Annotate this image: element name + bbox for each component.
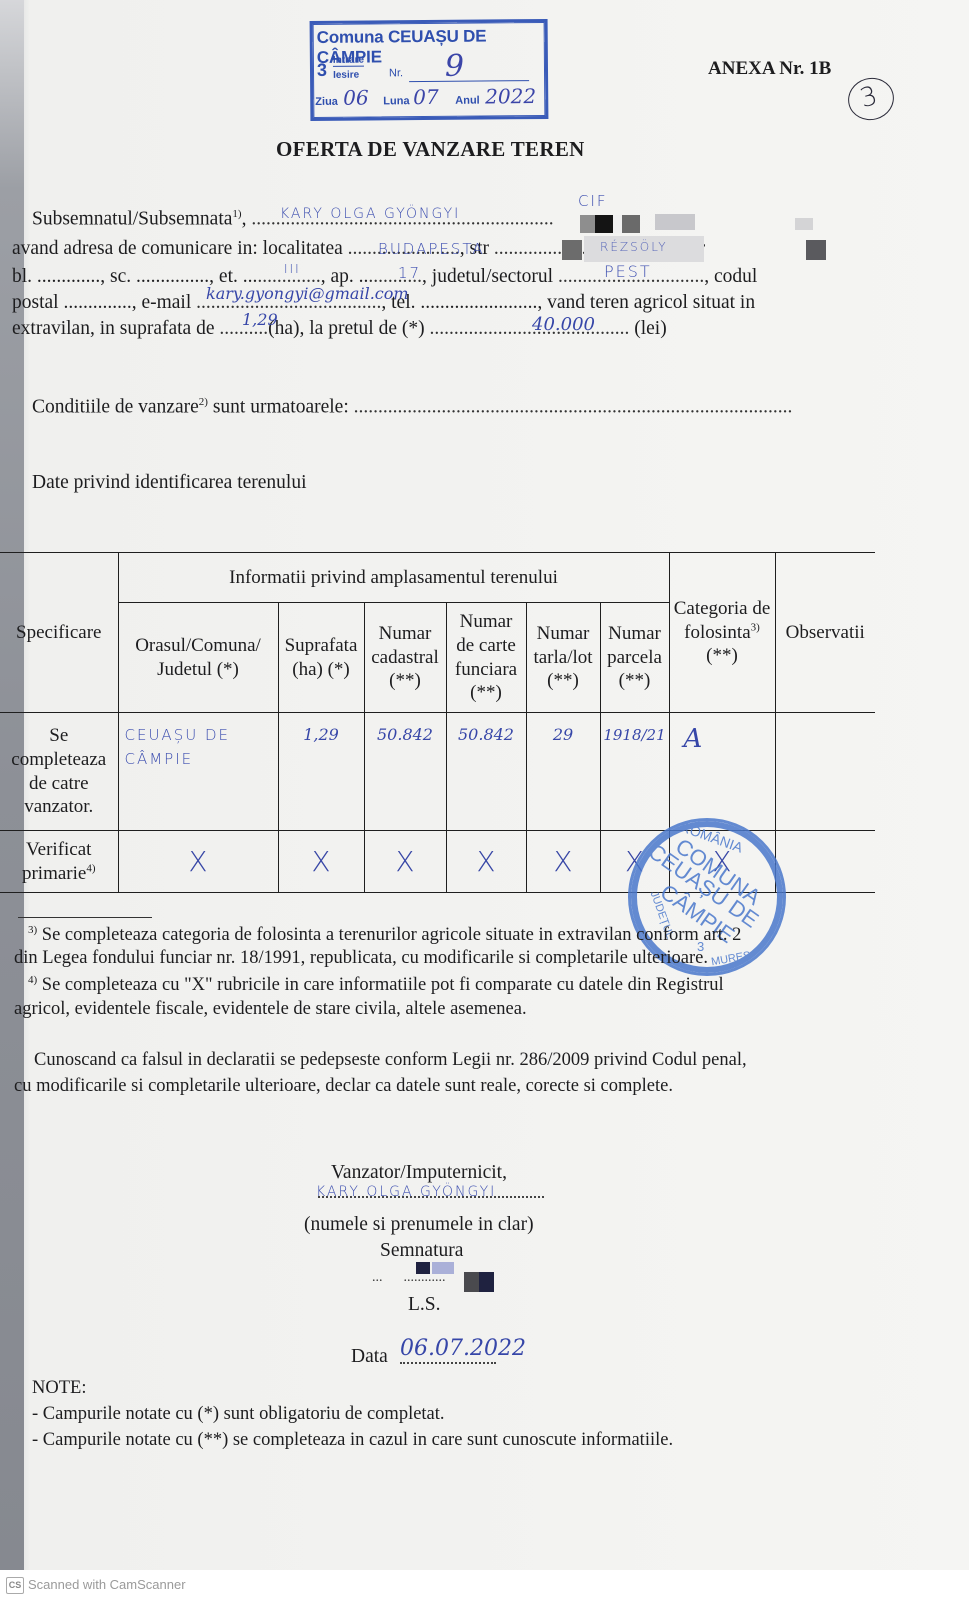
stamp-year-label: Anul [455, 95, 480, 107]
floor-field: III [284, 262, 301, 276]
cell-locality: CEUAȘU DE CÂMPIE [125, 726, 231, 768]
col-group-location-info: Informatii privind amplasamentul terenul… [118, 553, 669, 603]
signatory-name: KARY OLGA GYÖNGYI [316, 1184, 496, 1200]
date-dotted-line [400, 1362, 496, 1364]
name-caption: (numele si prenumele in clar) [304, 1214, 534, 1236]
col-header-cadastral-number: Numar cadastral (**) [364, 603, 446, 713]
cell-parcel-number: 1918/21 [603, 726, 665, 744]
sale-conditions-line: Conditiile de vanzare2) sunt urmatoarele… [32, 396, 792, 419]
redacted-house-number [806, 240, 826, 260]
camscanner-logo-icon: CS [6, 1577, 24, 1594]
seal-county-bottom: MUREȘ [710, 950, 751, 969]
stamp-nr-label: Nr. [389, 67, 403, 79]
identification-heading: Date privind identificarea terenului [32, 472, 307, 494]
footnote-3-line-2: din Legea fondului funciar nr. 18/1991, … [14, 948, 708, 969]
document-title: OFERTA DE VANZARE TEREN [276, 137, 585, 162]
stamp-register-prefix: 3 [317, 60, 327, 81]
scanner-watermark-bar: CS Scanned with CamScanner [0, 1570, 969, 1600]
cell-land-book-number: 50.842 [458, 725, 514, 744]
seal-label: L.S. [408, 1294, 441, 1316]
cell-observations [775, 713, 875, 831]
note-item-1: - Campurile notate cu (*) sunt obligator… [32, 1404, 445, 1425]
redacted-cif-3 [795, 218, 813, 230]
cell-plot-lot: 29 [553, 725, 573, 744]
area-field: 1,29 [242, 310, 278, 329]
redacted-signature-3 [464, 1272, 494, 1292]
cell-category: A [684, 724, 703, 754]
stamp-day-value: 06 [343, 86, 369, 110]
scanned-page: Comuna CEUAȘU DE CÂMPIE 3 Intrare Iesire… [0, 0, 969, 1570]
x-mark-cadastral: X [395, 845, 414, 878]
notes-heading: NOTE: [32, 1378, 86, 1399]
col-header-plot-lot-number: Numar tarla/lot (**) [526, 603, 600, 713]
cell-observations-check [775, 831, 875, 893]
registration-stamp: Comuna CEUAȘU DE CÂMPIE 3 Intrare Iesire… [310, 19, 549, 121]
footnote-4-line-2: agricol, evidentele fiscale, evidentele … [14, 999, 527, 1020]
col-header-locality: Orasul/Comuna/ Judetul (*) [118, 603, 278, 713]
row-label-seller: Se completeaza de catre vanzator. [0, 713, 118, 831]
date-label: Data [351, 1346, 388, 1368]
cell-area: 1,29 [303, 725, 339, 744]
street-field: RÉZSÖLY [600, 240, 668, 254]
cell-cadastral-number: 50.842 [377, 725, 433, 744]
redacted-cif-2 [655, 214, 695, 230]
stamp-day-label: Ziua [315, 96, 338, 108]
row-label-town-hall: Verificat primarie4) [0, 831, 118, 893]
stamp-direction-in: Intrare [333, 55, 364, 67]
col-header-land-book-number: Numar de carte funciara (**) [446, 603, 526, 713]
locality-field: BUDAPESTA [378, 240, 485, 258]
signature-label: Semnatura [380, 1240, 463, 1262]
signature-dotted-line: ... ............ [372, 1270, 446, 1286]
seller-name-field: KARY OLGA GYÖNGYI [280, 206, 460, 222]
col-header-category: Categoria de folosinta3) (**) [669, 553, 775, 713]
apartment-field: 17 [398, 264, 421, 282]
county-field: PEST [604, 262, 652, 281]
x-mark-plot-lot: X [553, 845, 572, 878]
price-field: 40.000 [532, 314, 595, 335]
table-row-seller: Se completeaza de catre vanzator. CEUAȘU… [0, 713, 875, 831]
stamp-direction-out: Iesire [333, 70, 359, 81]
footnote-divider [18, 917, 152, 918]
note-item-2: - Campurile notate cu (**) se completeaz… [32, 1430, 673, 1451]
x-mark-locality: X [188, 845, 207, 878]
redacted-street-1 [562, 240, 582, 260]
col-header-area: Suprafata (ha) (*) [278, 603, 364, 713]
footnote-4-line-1: 4) Se completeaza cu "X" rubricile in ca… [28, 974, 724, 996]
scanner-watermark-text: Scanned with CamScanner [28, 1577, 186, 1592]
stamp-year-value: 2022 [485, 84, 536, 108]
page-number-circle: 3 [843, 73, 898, 125]
footnote-3-line-1: 3) Se completeaza categoria de folosinta… [28, 924, 741, 946]
page-number: 3 [857, 81, 881, 114]
stamp-month-value: 07 [413, 85, 439, 109]
stamp-nr-value: 9 [445, 49, 464, 84]
redacted-cif [580, 215, 640, 233]
declaration-line-2: cu modificarile si completarile ulterioa… [14, 1076, 673, 1097]
annex-label: ANEXA Nr. 1B [708, 58, 831, 80]
col-header-observations: Observatii [775, 553, 875, 713]
declaration-line-1: Cunoscand ca falsul in declaratii se ped… [34, 1050, 747, 1071]
email-field: kary.gyongyi@gmail.com [206, 284, 409, 303]
stamp-month-label: Luna [383, 95, 409, 107]
stamp-nr-line [409, 80, 529, 82]
signatory-role: Vanzator/Imputernicit, [331, 1162, 507, 1184]
col-header-parcel-number: Numar parcela (**) [600, 603, 669, 713]
col-header-specification: Specificare [0, 553, 118, 713]
x-mark-area: X [311, 845, 330, 878]
x-mark-land-book: X [476, 845, 495, 878]
cif-label: CIF [578, 192, 608, 210]
date-value: 06.07.2022 [400, 1336, 526, 1361]
